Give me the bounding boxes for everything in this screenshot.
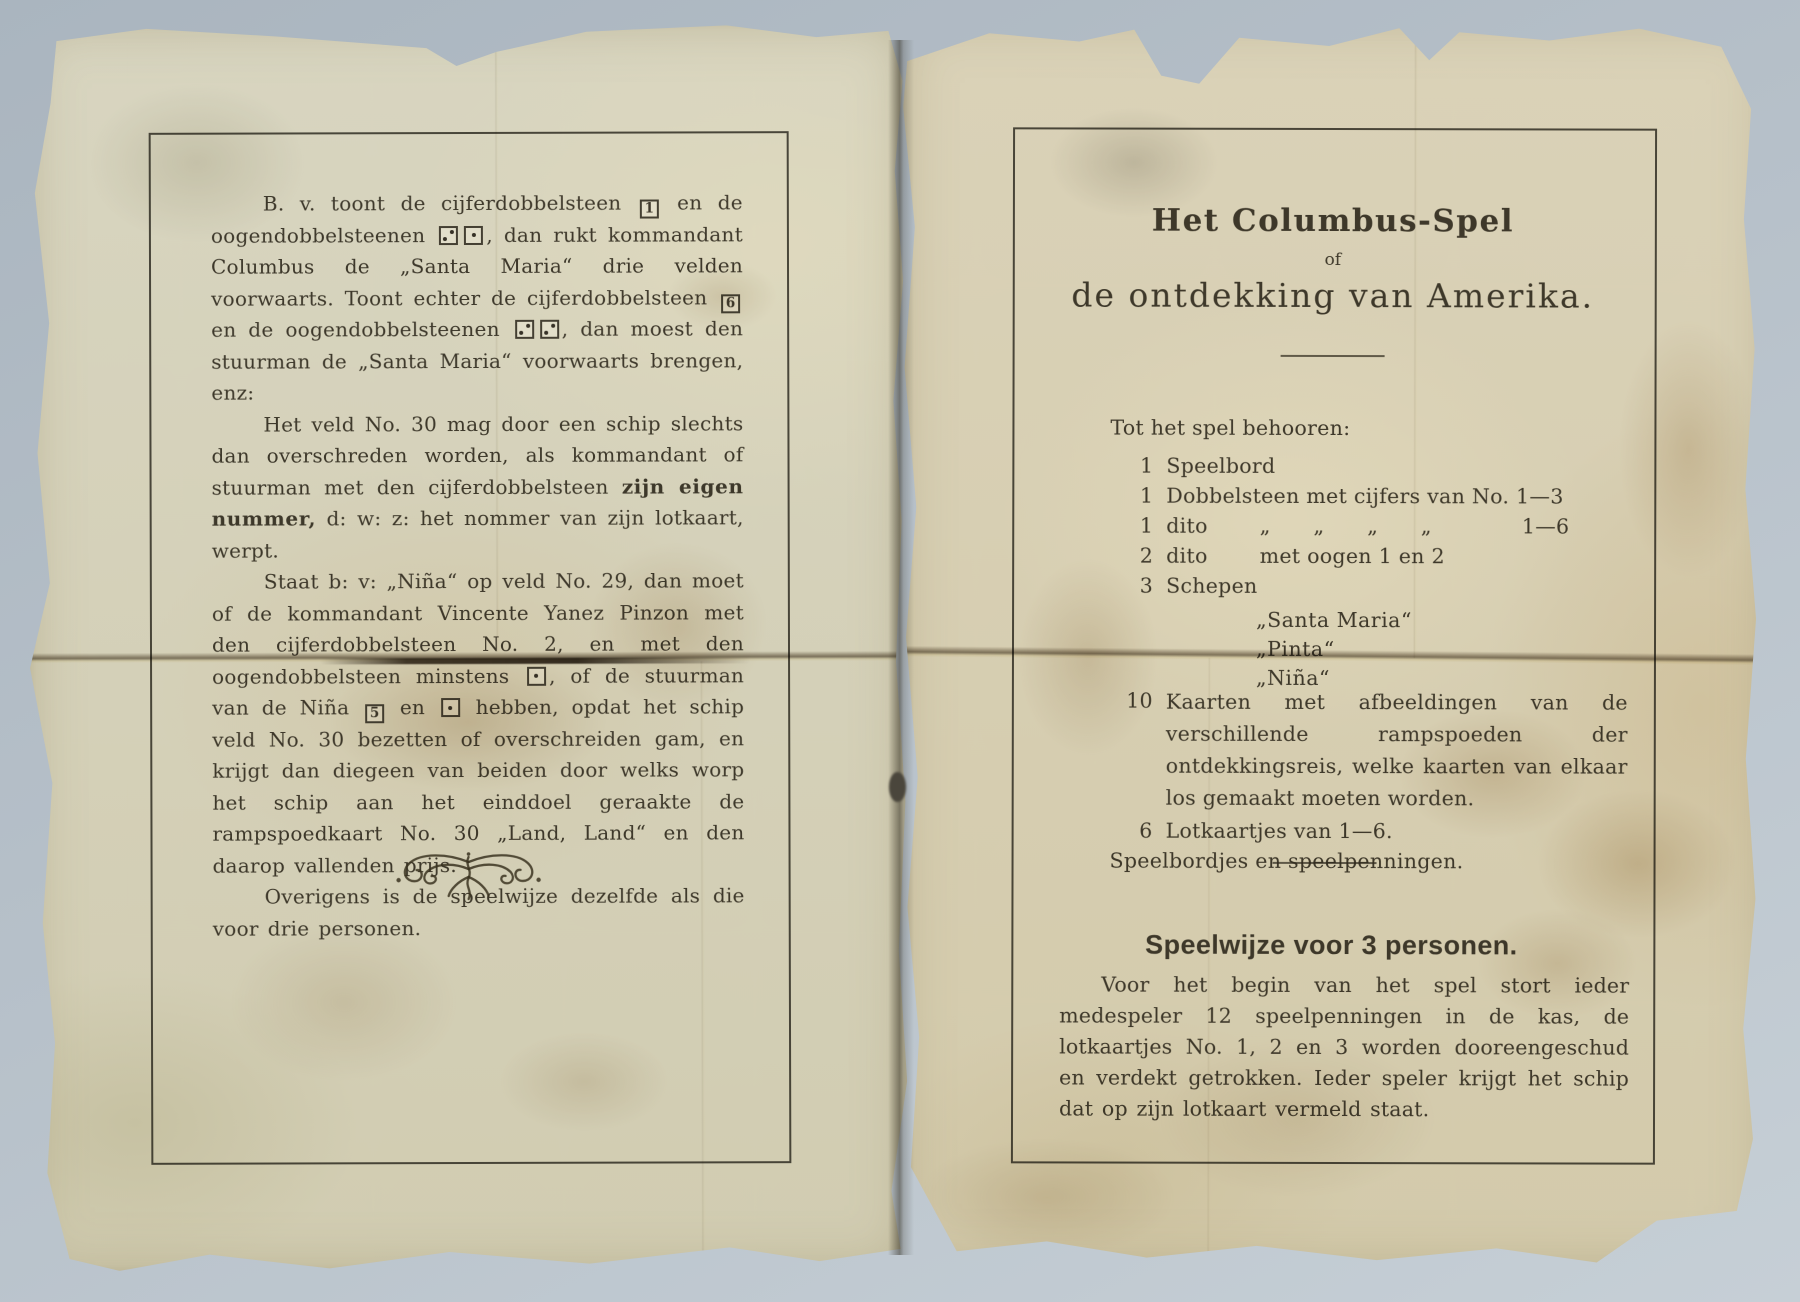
- ditto-marks: „ „ „ „: [1260, 511, 1432, 541]
- paragraph-nina-example: Staat b: v: „Niña“ op veld No. 29, dan m…: [212, 565, 745, 881]
- item-qty: 1: [1110, 511, 1153, 541]
- ship-santa-maria: „Santa Maria“: [1256, 606, 1412, 635]
- closing-text: Speelbordjes en speelpenningen.: [1110, 846, 1464, 877]
- item-range: 1—6: [1522, 511, 1570, 541]
- numbered-die-icon: 1: [640, 199, 659, 218]
- contents-item-schepen: 3 Schepen: [1110, 571, 1630, 602]
- contents-item-kaarten: 10 Kaarten met afbeeldingen van de versc…: [1110, 686, 1630, 815]
- pip-die-icon: [439, 226, 458, 245]
- page-subtitle: de ontdekking van Amerika.: [1013, 275, 1653, 315]
- item-text: dito: [1166, 541, 1208, 571]
- numbered-die-icon: 5: [365, 704, 384, 723]
- title-divider-rule: [1281, 355, 1385, 357]
- numbered-die-icon: 6: [721, 294, 740, 313]
- item-qty: 1: [1110, 451, 1153, 481]
- die-pip: [450, 230, 454, 234]
- item-qty: 6: [1110, 816, 1153, 846]
- section-divider-rule: [1273, 862, 1377, 864]
- die-pip: [544, 331, 548, 335]
- ship-pinta: „Pinta“: [1256, 635, 1412, 664]
- paragraph-field-30-rule: Het veld No. 30 mag door een schip slech…: [211, 408, 743, 567]
- title-connector: of: [1013, 249, 1653, 270]
- paragraph-example-dice: B. v. toont de cijferdobbelsteen 1 en de…: [211, 187, 744, 409]
- die-pip: [535, 674, 539, 678]
- die-pip: [472, 233, 476, 237]
- contents-item-lotkaartjes: 6 Lotkaartjes van 1—6.: [1110, 816, 1630, 847]
- contents-item-oogendobbelstenen: 2 dito met oogen 1 en 2: [1110, 541, 1630, 572]
- die-pip: [448, 706, 452, 710]
- bold-text: zijn eigen nummer,: [212, 474, 744, 531]
- pip-die-icon: [464, 225, 483, 244]
- photographed-leaflet-scene: B. v. toont de cijferdobbelsteen 1 en de…: [0, 0, 1800, 1302]
- pip-die-icon: [527, 666, 546, 685]
- item-qty: 1: [1110, 481, 1153, 511]
- die-pip: [526, 324, 530, 328]
- pip-die-icon: [540, 320, 559, 339]
- die-pip: [551, 324, 555, 328]
- sheet-left: B. v. toont de cijferdobbelsteen 1 en de…: [26, 21, 909, 1273]
- section-paragraph: Voor het begin van het spel stort ieder …: [1059, 969, 1629, 1125]
- die-pip: [443, 237, 447, 241]
- item-qty: 3: [1110, 571, 1153, 601]
- contents-list-continued: 10 Kaarten met afbeeldingen van de versc…: [1110, 686, 1630, 877]
- paragraph-3-players: Voor het begin van het spel stort ieder …: [1059, 969, 1629, 1125]
- left-page-text-column: B. v. toont de cijferdobbelsteen 1 en de…: [211, 187, 745, 944]
- section-heading: Speelwijze voor 3 personen.: [1011, 929, 1651, 961]
- item-text: Schepen: [1166, 571, 1257, 601]
- contents-closing-line: Speelbordjes en speelpenningen.: [1110, 846, 1630, 877]
- page-title: Het Columbus-Spel: [1013, 202, 1653, 239]
- item-text: Speelbord: [1166, 451, 1275, 481]
- item-detail: met oogen 1 en 2: [1260, 541, 1445, 571]
- ship-names: „Santa Maria“ „Pinta“ „Niña“: [1256, 606, 1412, 693]
- sheet-right: Het Columbus-Spel of de ontdekking van A…: [897, 17, 1772, 1271]
- contents-item-cijferdobbelsteen: 1 Dobbelsteen met cijfers van No. 1—3: [1110, 481, 1630, 512]
- contents-item-dito-1-6: 1 dito „ „ „ „ 1—6: [1110, 511, 1630, 542]
- flourish-ornament-icon: [379, 850, 559, 906]
- torn-hole: [889, 772, 906, 802]
- pip-die-icon: [441, 698, 460, 717]
- item-text: Kaarten met afbeeldingen van de verschil…: [1166, 686, 1628, 815]
- item-qty: 2: [1110, 541, 1153, 571]
- contents-heading: Tot het spel behooren:: [1110, 416, 1350, 441]
- contents-item-speelbord: 1 Speelbord: [1110, 451, 1630, 482]
- item-qty: 10: [1110, 686, 1153, 814]
- die-pip: [519, 331, 523, 335]
- item-text: Dobbelsteen met cijfers van No. 1—3: [1166, 481, 1563, 512]
- contents-list: 1 Speelbord 1 Dobbelsteen met cijfers va…: [1110, 451, 1630, 602]
- item-text: dito: [1166, 511, 1208, 541]
- item-text: Lotkaartjes van 1—6.: [1166, 816, 1393, 846]
- pip-die-icon: [515, 320, 534, 339]
